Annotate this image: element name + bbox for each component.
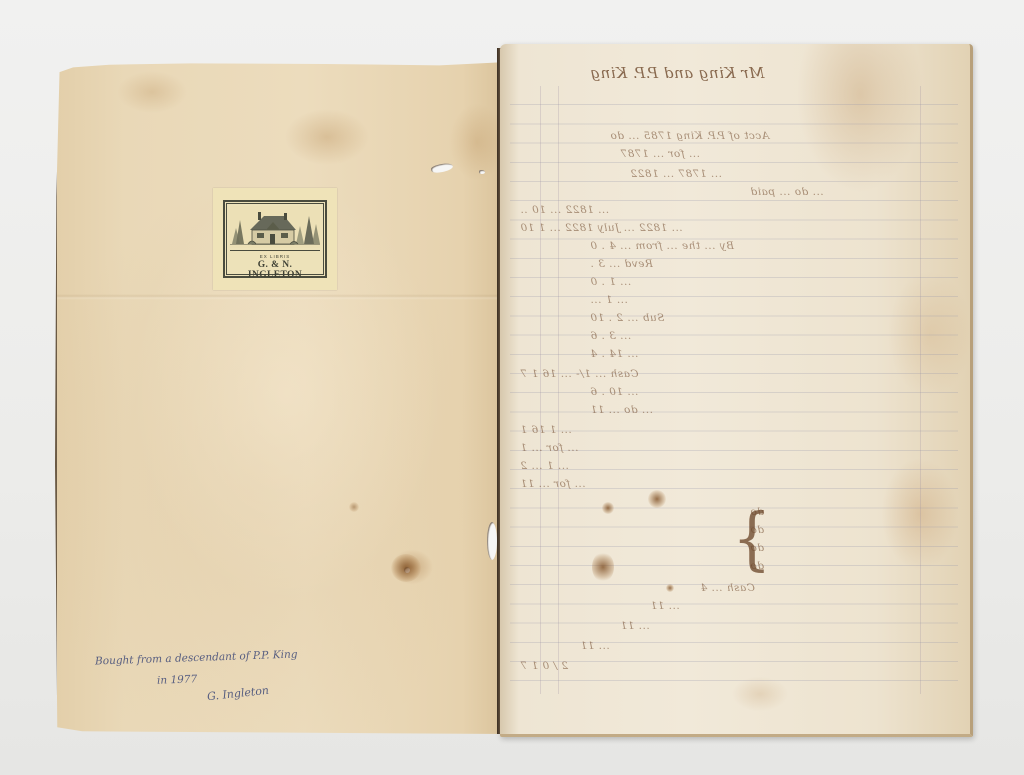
paper-tear-hole bbox=[487, 522, 497, 560]
ledger-line: ... 1 ... bbox=[590, 294, 628, 306]
ledger-line: ... 11 bbox=[650, 600, 680, 612]
paper-tear-hole bbox=[479, 170, 485, 174]
ledger-line: Cash ... 4 bbox=[700, 582, 755, 594]
ledger-line: 2 / 0 1 7 bbox=[520, 660, 568, 672]
ledger-line: Cash ... 1/- ... 16 1 7 bbox=[520, 368, 638, 380]
foxing-stain bbox=[602, 502, 614, 514]
ex-libris-label: EX LIBRIS bbox=[230, 254, 320, 259]
ledger-line: ... do ... paid bbox=[750, 186, 824, 198]
provenance-line-1: Bought from a descendant of P.P. King bbox=[95, 648, 298, 667]
bookplate-frame: EX LIBRIS G. & N. INGLETON bbox=[223, 200, 327, 278]
foxing-stain bbox=[349, 502, 359, 512]
foxing-stain bbox=[592, 552, 614, 582]
open-ledger-book: EX LIBRIS G. & N. INGLETON Bought from a… bbox=[0, 0, 1024, 775]
ledger-line: ... 3 . 6 bbox=[590, 330, 631, 342]
ledger-bracket-entry: do bbox=[750, 506, 764, 518]
page-fold-crease bbox=[57, 294, 507, 300]
ledger-line: ... for ... 1 bbox=[520, 442, 578, 454]
ledger-column-rule bbox=[920, 86, 921, 694]
ledger-header: Mr King and P.P. King bbox=[590, 64, 764, 82]
pencil-signature: G. Ingleton bbox=[206, 684, 269, 703]
ledger-line: ... for ... 1787 bbox=[620, 148, 700, 160]
foxing-stain bbox=[666, 584, 674, 592]
ledger-ruled-lines bbox=[510, 86, 958, 694]
paper-tear-hole bbox=[430, 162, 453, 174]
left-page: EX LIBRIS G. & N. INGLETON Bought from a… bbox=[55, 62, 507, 734]
ledger-line: ... for ... 11 bbox=[520, 478, 586, 490]
ledger-line: ... do ... 11 bbox=[590, 404, 653, 416]
bookplate-owner-name: G. & N. INGLETON bbox=[230, 260, 320, 280]
ledger-line: ... 1 . 0 bbox=[590, 276, 631, 288]
ledger-line: ... 14 . 4 bbox=[590, 348, 638, 360]
foxing-stain bbox=[391, 554, 421, 582]
ledger-line: ... 1822 ... 10 .. bbox=[520, 204, 609, 216]
ledger-bracket-entry: do bbox=[750, 542, 764, 554]
provenance-line-2: in 1977 bbox=[157, 673, 198, 686]
bookplate: EX LIBRIS G. & N. INGLETON bbox=[213, 188, 337, 290]
ledger-line: Acct of P.P. King 1785 ... do bbox=[610, 130, 769, 142]
bookplate-caption: EX LIBRIS G. & N. INGLETON bbox=[230, 250, 320, 272]
right-ledger-page: Mr King and P.P. King Acct of P.P. King … bbox=[500, 44, 973, 737]
signature-text: G. Ingleton bbox=[206, 684, 269, 703]
ledger-line: By ... the ... from ... 4 . 0 bbox=[590, 240, 734, 252]
ledger-bracket-entry: do bbox=[750, 560, 764, 572]
ledger-bracket-entry: do bbox=[750, 524, 764, 536]
ledger-line: ... 11 bbox=[620, 620, 650, 632]
ledger-line: ... 10 . 6 bbox=[590, 386, 638, 398]
cottage-illustration-icon bbox=[230, 206, 320, 248]
ledger-line: ... 1822 ... July 1822 ... 1 10 bbox=[520, 222, 683, 234]
ledger-line: Revd ... 3 . bbox=[590, 258, 653, 270]
pencil-provenance-note: Bought from a descendant of P.P. King bbox=[95, 648, 298, 667]
ledger-line: ... 1787 ... 1822 bbox=[630, 168, 722, 180]
foxing-stain bbox=[648, 490, 666, 508]
ledger-line: Sub ... 2 . 10 bbox=[590, 312, 664, 324]
ledger-column-rule bbox=[540, 86, 541, 694]
ledger-line: ... 11 bbox=[580, 640, 610, 652]
ledger-column-rule bbox=[558, 86, 559, 694]
pencil-provenance-date: in 1977 bbox=[157, 673, 198, 686]
ledger-line: ... 1 16 1 bbox=[520, 424, 572, 436]
ledger-line: ... 1 ... 2 bbox=[520, 460, 569, 472]
